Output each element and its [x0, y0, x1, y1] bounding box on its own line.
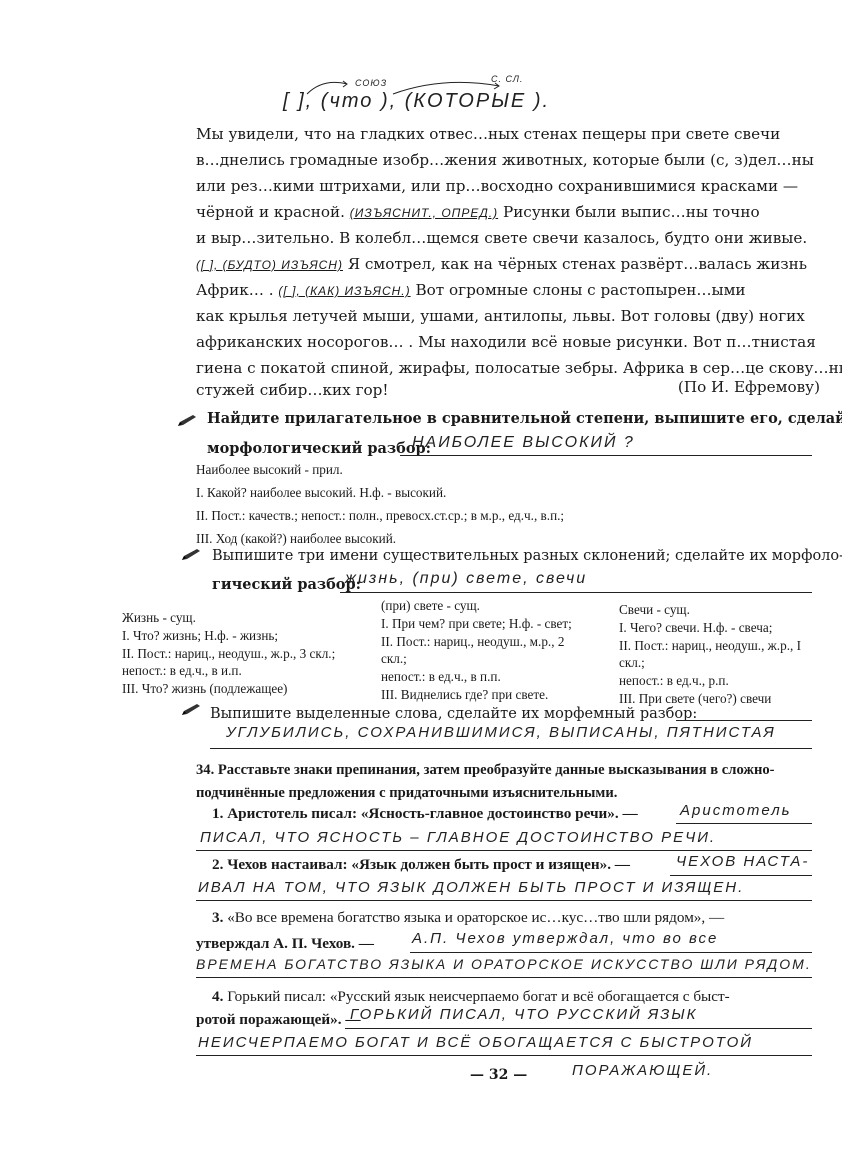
passage-text: Вот огромные слоны с растопырен…ыми — [415, 281, 745, 299]
task2-column-2: (при) свете - сущ. I. При чем? при свете… — [381, 597, 572, 704]
ex-item-1-answer-1: Аристотель — [680, 802, 792, 819]
item-text: ротой поражающей». — — [196, 1011, 361, 1028]
ex-item-3-answer-1: А.П. Чехов утверждал, что во все — [412, 930, 718, 947]
passage-line: как крылья летучей мыши, ушами, антилопы… — [196, 307, 805, 325]
scheme-arrows-icon — [303, 76, 523, 96]
morpheme-word: выписаны — [549, 724, 654, 741]
answer-line — [196, 1055, 812, 1056]
analysis-line: I. Что? жизнь; Н.ф. - жизнь; — [122, 627, 335, 645]
answer-line — [196, 900, 812, 901]
ex-item-2-answer-1: Чехов наста- — [676, 853, 809, 870]
ex-item-2-answer-2: ивал на том, что язык должен быть прост … — [198, 879, 744, 896]
item-number: 2. — [212, 856, 223, 873]
answer-line — [345, 1028, 812, 1029]
ex-item-4-answer-2: неисчерпаемо богат и всё обогащается с б… — [198, 1034, 753, 1051]
analysis-line: I. Какой? наиболее высокий. Н.ф. - высок… — [196, 481, 564, 504]
exercise-34-title-2: подчинённые предложения с придаточными и… — [196, 785, 617, 802]
passage-line: Африк… . ([ ], (как) изъясн.) Вот огромн… — [196, 281, 746, 299]
task3-answer-line — [210, 748, 812, 749]
passage-line: африканских носорогов… . Мы находили всё… — [196, 333, 816, 351]
analysis-line: Свечи - сущ. — [619, 601, 801, 619]
ex-item-4: 4. Горький писал: «Русский язык неисчерп… — [212, 988, 730, 1006]
ex-item-3: 3. «Во все времена богатство языка и ора… — [212, 909, 724, 927]
passage-line: в…днелись громадные изобр…жения животных… — [196, 151, 814, 169]
analysis-line: III. Что? жизнь (подлежащее) — [122, 680, 335, 698]
passage-text: Африк… . — [196, 281, 274, 299]
passage-line: или рез…кими штрихами, или пр…восходно с… — [196, 177, 798, 195]
morpheme-word: сохранившимися — [358, 724, 537, 741]
analysis-line: I. Чего? свечи. Н.ф. - свеча; — [619, 619, 801, 637]
task2-column-3: Свечи - сущ. I. Чего? свечи. Н.ф. - свеч… — [619, 601, 801, 708]
pencil-icon — [176, 414, 198, 428]
passage-text: Рисунки были выпис…ны точно — [503, 203, 760, 221]
pencil-icon — [180, 703, 202, 717]
task2-column-1: Жизнь - сущ. I. Что? жизнь; Н.ф. - жизнь… — [122, 609, 335, 698]
passage-line: стужей сибир…ких гор! — [196, 381, 389, 399]
pencil-icon — [180, 548, 202, 562]
analysis-line: III. Ход (какой?) наиболее высокий. — [196, 527, 564, 550]
morpheme-word: пятнистая — [667, 724, 776, 741]
task2-prompt: Выпишите три имени существительных разны… — [212, 548, 842, 564]
task1-prompt: Найдите прилагательное в сравнительной с… — [207, 410, 842, 427]
item-text: Чехов настаивал: «Язык должен быть прост… — [227, 856, 630, 873]
passage-line: гиена с покатой спиной, жирафы, полосаты… — [196, 359, 842, 377]
ex-item-4-answer-3: поражающей. — [572, 1062, 713, 1079]
ex-item-3-line2: утверждал А. П. Чехов. — — [196, 935, 374, 953]
passage-line: и выр…зительно. В колебл…щемся свете све… — [196, 229, 807, 247]
item-number: 3. — [212, 909, 223, 926]
analysis-line: II. Пост.: нариц., неодуш., м.р., 2 — [381, 633, 572, 651]
task1-answer: наиболее высокий ? — [412, 434, 635, 452]
analysis-line: II. Пост.: качеств.; непост.: полн., пре… — [196, 504, 564, 527]
item-text: утверждал А. П. Чехов. — — [196, 935, 374, 952]
answer-line — [196, 850, 812, 851]
note-budto: ([ ], (будто) изъясн) — [196, 258, 343, 272]
analysis-line: II. Пост.: нариц., неодуш., ж.р., I — [619, 637, 801, 655]
task2-answer: жизнь, (при) свете, свечи — [345, 570, 587, 588]
task2-prompt-2: гический разбор: — [212, 576, 361, 593]
analysis-line: Наиболее высокий - прил. — [196, 458, 564, 481]
page-number: — 32 — — [470, 1067, 527, 1083]
item-number: 4. — [212, 988, 223, 1005]
answer-line — [196, 977, 812, 978]
answer-line — [410, 952, 812, 953]
author-attribution: (По И. Ефремову) — [678, 378, 820, 396]
answer-line — [676, 823, 812, 824]
ex-item-1-answer-2: писал, что ясность – главное достоинство… — [200, 829, 716, 846]
item-text: Горький писал: «Русский язык неисчерпаем… — [227, 988, 730, 1005]
scheme-paren: ). — [534, 90, 550, 112]
note-explanatory: (изъяснит., опред.) — [350, 206, 498, 220]
morpheme-word: углубились — [226, 724, 345, 741]
analysis-line: скл.; — [381, 650, 572, 668]
analysis-line: III. Виднелись где? при свете. — [381, 686, 572, 704]
item-text: Аристотель писал: «Ясность-главное досто… — [227, 805, 637, 822]
analysis-line: скл.; — [619, 654, 801, 672]
ex-item-4-line2: ротой поражающей». — — [196, 1011, 361, 1029]
passage: Мы увидели, что на гладких отвес…ных сте… — [196, 125, 826, 405]
analysis-line: Жизнь - сущ. — [122, 609, 335, 627]
item-number: 1. — [212, 805, 223, 822]
passage-text: Я смотрел, как на чёрных стенах развёрт…… — [348, 255, 807, 273]
passage-text: чёрной и красной. — [196, 203, 345, 221]
task1-answer-line — [400, 455, 812, 456]
task1-analysis: Наиболее высокий - прил. I. Какой? наибо… — [196, 458, 564, 550]
passage-line: ([ ], (будто) изъясн) Я смотрел, как на … — [196, 255, 807, 273]
task3-words: углубились, сохранившимися, выписаны, пя… — [226, 724, 776, 741]
analysis-line: непост.: в ед.ч., р.п. — [619, 672, 801, 690]
passage-line: Мы увидели, что на гладких отвес…ных сте… — [196, 125, 780, 143]
task2-answer-line — [340, 592, 812, 593]
ex-item-3-answer-2: времена богатство языка и ораторское иск… — [196, 956, 812, 972]
analysis-line: II. Пост.: нариц., неодуш., ж.р., 3 скл.… — [122, 645, 335, 663]
task1-prompt-2: морфологический разбор: — [207, 440, 431, 457]
analysis-line: (при) свете - сущ. — [381, 597, 572, 615]
exercise-34-title: 34. Расставьте знаки препинания, затем п… — [196, 762, 775, 779]
analysis-line: I. При чем? при свете; Н.ф. - свет; — [381, 615, 572, 633]
analysis-line: непост.: в ед.ч., в и.п. — [122, 662, 335, 680]
ex-item-4-answer-1: Горький писал, что русский язык — [350, 1006, 698, 1023]
item-text: «Во все времена богатство языка и оратор… — [227, 909, 724, 926]
answer-line — [670, 875, 812, 876]
note-kak: ([ ], (как) изъясн.) — [278, 284, 410, 298]
passage-line: чёрной и красной. (изъяснит., опред.) Ри… — [196, 203, 760, 221]
sentence-scheme: [ ], (что ), (которые ). союз с. сл. — [283, 90, 550, 113]
ex-item-1: 1. Аристотель писал: «Ясность-главное до… — [212, 805, 638, 823]
task3-answer-line-top — [676, 720, 812, 721]
analysis-line: непост.: в ед.ч., в п.п. — [381, 668, 572, 686]
task3-prompt: Выпишите выделенные слова, сделайте их м… — [210, 706, 697, 722]
ex-item-2: 2. Чехов настаивал: «Язык должен быть пр… — [212, 856, 630, 874]
